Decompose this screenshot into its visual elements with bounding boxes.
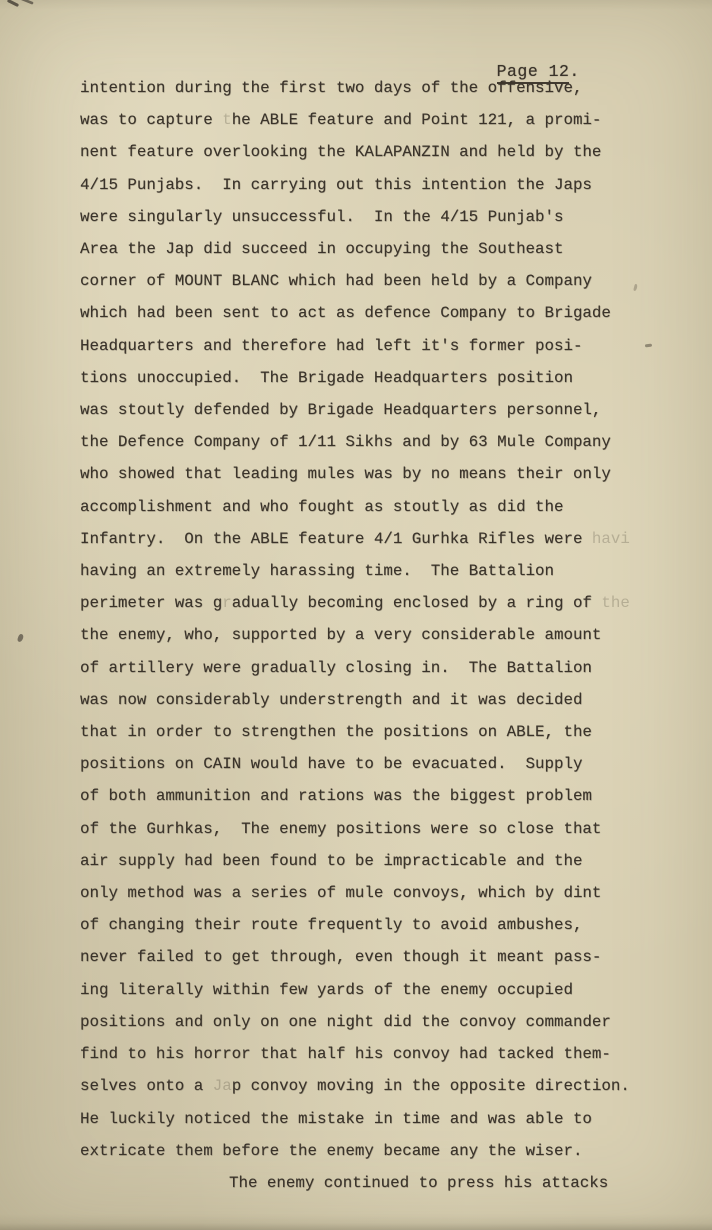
text-segment: positions and only on one night did the … [80, 1013, 611, 1031]
text-line: that in order to strengthen the position… [80, 716, 680, 748]
text-line: positions on CAIN would have to be evacu… [80, 748, 680, 780]
text-segment: selves onto a [80, 1077, 213, 1095]
text-line: of the Gurhkas, The enemy positions were… [80, 813, 680, 845]
text-segment: of artillery were gradually closing in. … [80, 659, 592, 677]
scan-corner-mark [6, 0, 36, 17]
text-segment: intention during the first two days of t… [80, 79, 582, 97]
text-segment: accomplishment and who fought as stoutly… [80, 498, 563, 516]
faded-text-segment: Ja [213, 1077, 232, 1095]
text-line: which had been sent to act as defence Co… [80, 297, 680, 329]
text-line: ing literally within few yards of the en… [80, 974, 680, 1006]
text-segment: was to capture [80, 111, 222, 129]
text-segment: Area the Jap did succeed in occupying th… [80, 240, 563, 258]
text-line: only method was a series of mule convoys… [80, 877, 680, 909]
text-line: corner of MOUNT BLANC which had been hel… [80, 265, 680, 297]
text-segment: the enemy, who, supported by a very cons… [80, 626, 601, 644]
text-line: having an extremely harassing time. The … [80, 555, 680, 587]
text-segment: positions on CAIN would have to be evacu… [80, 755, 582, 773]
text-line: was to capture the ABLE feature and Poin… [80, 104, 680, 136]
text-line: was now considerably understrength and i… [80, 684, 680, 716]
text-segment: find to his horror that half his convoy … [80, 1045, 611, 1063]
ink-speck [17, 633, 24, 642]
text-line: who showed that leading mules was by no … [80, 458, 680, 490]
text-segment: The enemy continued to press his attacks [229, 1174, 608, 1192]
text-segment: was stoutly defended by Brigade Headquar… [80, 401, 601, 419]
text-line: positions and only on one night did the … [80, 1006, 680, 1038]
text-segment: who showed that leading mules was by no … [80, 465, 611, 483]
text-line: was stoutly defended by Brigade Headquar… [80, 394, 680, 426]
text-line: the enemy, who, supported by a very cons… [80, 619, 680, 651]
text-segment: tions unoccupied. The Brigade Headquarte… [80, 369, 573, 387]
text-line: tions unoccupied. The Brigade Headquarte… [80, 362, 680, 394]
text-segment: corner of MOUNT BLANC which had been hel… [80, 272, 592, 290]
text-line: find to his horror that half his convoy … [80, 1038, 680, 1070]
typed-text-block: intention during the first two days of t… [80, 72, 680, 1199]
text-segment: adually becoming enclosed by a ring of [232, 594, 602, 612]
text-segment: was now considerably understrength and i… [80, 691, 582, 709]
text-line: perimeter was gradually becoming enclose… [80, 587, 680, 619]
faded-text-segment: the [601, 594, 629, 612]
faded-text-segment: havi [592, 530, 630, 548]
text-segment: He luckily noticed the mistake in time a… [80, 1110, 592, 1128]
text-segment: of changing their route frequently to av… [80, 916, 582, 934]
text-segment: ing literally within few yards of the en… [80, 981, 573, 999]
text-line: He luckily noticed the mistake in time a… [80, 1103, 680, 1135]
text-line: never failed to get through, even though… [80, 941, 680, 973]
text-line: of changing their route frequently to av… [80, 909, 680, 941]
text-segment: that in order to strengthen the position… [80, 723, 592, 741]
text-segment: of both ammunition and rations was the b… [80, 787, 592, 805]
text-line: accomplishment and who fought as stoutly… [80, 491, 680, 523]
text-segment: perimeter was g [80, 594, 222, 612]
text-line: were singularly unsuccessful. In the 4/1… [80, 201, 680, 233]
text-segment: were singularly unsuccessful. In the 4/1… [80, 208, 563, 226]
text-segment: of the Gurhkas, The enemy positions were… [80, 820, 601, 838]
text-segment: the Defence Company of 1/11 Sikhs and by… [80, 433, 611, 451]
text-segment: never failed to get through, even though… [80, 948, 601, 966]
text-segment: having an extremely harassing time. The … [80, 562, 554, 580]
text-line: extricate them before the enemy became a… [80, 1135, 680, 1167]
text-segment: air supply had been found to be impracti… [80, 852, 582, 870]
text-segment: 4/15 Punjabs. In carrying out this inten… [80, 176, 592, 194]
text-line: The enemy continued to press his attacks [80, 1167, 680, 1199]
text-segment: he ABLE feature and Point 121, a promi- [232, 111, 602, 129]
text-segment: nent feature overlooking the KALAPANZIN … [80, 143, 601, 161]
text-segment: p convoy moving in the opposite directio… [232, 1077, 630, 1095]
text-segment: extricate them before the enemy became a… [80, 1142, 582, 1160]
text-line: Infantry. On the ABLE feature 4/1 Gurhka… [80, 523, 680, 555]
document-page: Page 12. intention during the first two … [0, 0, 712, 1230]
text-line: intention during the first two days of t… [80, 72, 680, 104]
text-segment: Headquarters and therefore had left it's… [80, 337, 582, 355]
text-segment: which had been sent to act as defence Co… [80, 304, 611, 322]
text-line: the Defence Company of 1/11 Sikhs and by… [80, 426, 680, 458]
text-line: Area the Jap did succeed in occupying th… [80, 233, 680, 265]
text-line: 4/15 Punjabs. In carrying out this inten… [80, 169, 680, 201]
faded-text-segment: r [222, 594, 231, 612]
text-line: of artillery were gradually closing in. … [80, 652, 680, 684]
faded-text-segment: t [222, 111, 231, 129]
text-line: Headquarters and therefore had left it's… [80, 330, 680, 362]
text-line: of both ammunition and rations was the b… [80, 780, 680, 812]
text-line: air supply had been found to be impracti… [80, 845, 680, 877]
text-line: nent feature overlooking the KALAPANZIN … [80, 136, 680, 168]
text-segment: only method was a series of mule convoys… [80, 884, 601, 902]
text-segment: Infantry. On the ABLE feature 4/1 Gurhka… [80, 530, 592, 548]
text-line: selves onto a Jap convoy moving in the o… [80, 1070, 680, 1102]
